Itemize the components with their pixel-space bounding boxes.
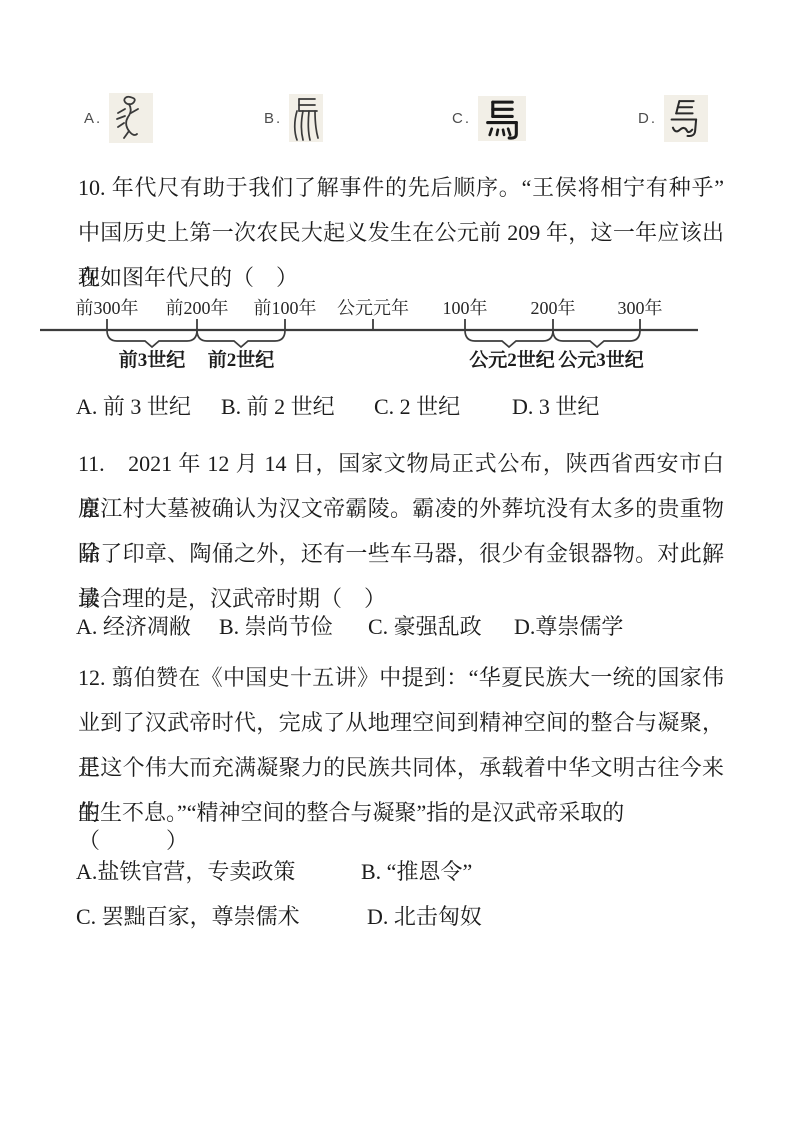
timeline-year-label: 100年 [443,294,488,320]
question-10-line-1: 10. 年代尺有助于我们了解事件的先后顺序。“王侯将相宁有种乎” [78,165,724,210]
option-letter: D. [638,110,657,127]
option-d: D.尊崇儒学 [514,611,623,643]
option-d: D. 北击匈奴 [367,901,482,933]
option-d: D. 3 世纪 [512,391,599,423]
timeline-century-label: 前2世纪 [208,345,275,372]
option-c: C. 豪强乱政 [368,611,482,643]
option-letter: C. [452,110,471,127]
question-11-stem: 11. 2021 年 12 月 14 日，国家文物局正式公布，陕西省西安市白鹿 … [78,441,724,621]
timeline-year-label: 前100年 [254,294,317,320]
question-11-line-1: 11. 2021 年 12 月 14 日，国家文物局正式公布，陕西省西安市白鹿 [78,441,724,486]
option-a: A.盐铁官营，专卖政策 [76,856,295,888]
running-script-ma-icon [664,95,708,142]
timeline-year-label: 前300年 [76,294,139,320]
timeline-year-label: 公元元年 [337,294,409,320]
question-12-line-3: 是这个伟大而充满凝聚力的民族共同体，承载着中华文明古往今来的 [78,745,724,790]
question-10-stem: 10. 年代尺有助于我们了解事件的先后顺序。“王侯将相宁有种乎” 中国历史上第一… [78,165,724,300]
timeline-century-label: 前3世纪 [119,345,186,372]
question-10-options: A. 前 3 世纪 B. 前 2 世纪 C. 2 世纪 D. 3 世纪 [76,391,726,423]
option-letter: B. [264,110,282,127]
question-12-options-row-1: A.盐铁官营，专卖政策 B. “推恩令” [76,856,726,888]
timeline-century-label: 公元3世纪 [558,345,644,372]
option-b: B. “推恩令” [361,856,472,888]
question-10-line-2: 中国历史上第一次农民大起义发生在公元前 209 年，这一年应该出现 [78,210,724,255]
question-12-options-row-2: C. 罢黜百家，尊崇儒术 D. 北击匈奴 [76,901,726,933]
option-letter: A. [84,110,102,127]
exam-paper-page: A. B. [0,0,800,1131]
oracle-bone-script-ma-icon [109,93,153,143]
option-c: C. 罢黜百家，尊崇儒术 [76,901,300,933]
timeline-year-label: 300年 [618,294,663,320]
script-option-d: D. [638,92,708,144]
option-c: C. 2 世纪 [374,391,460,423]
timeline-century-label: 公元2世纪 [469,345,555,372]
question-11-line-2: 原江村大墓被确认为汉文帝霸陵。霸凌的外葬坑没有太多的贵重物品， [78,486,724,531]
question-11-options: A. 经济凋敝 B. 崇尚节俭 C. 豪强乱政 D.尊崇儒学 [76,611,726,643]
option-b: B. 前 2 世纪 [221,391,335,423]
question-11-line-3: 除了印章、陶俑之外，还有一些车马器，很少有金银器物。对此解读 [78,531,724,576]
question-12-stem: 12. 翦伯赞在《中国史十五讲》中提到：“华夏民族大一统的国家伟 业到了汉武帝时… [78,655,724,835]
script-option-b: B. [264,92,323,144]
question-12-line-1: 12. 翦伯赞在《中国史十五讲》中提到：“华夏民族大一统的国家伟 [78,655,724,700]
timeline-figure: 前300年 前200年 前100年 公元元年 100年 200年 300年 前3… [40,292,708,380]
timeline-year-label: 前200年 [166,294,229,320]
option-b: B. 崇尚节俭 [219,611,333,643]
option-a: A. 前 3 世纪 [76,391,191,423]
clerical-script-ma-icon [478,96,526,141]
script-options-row: A. B. [0,92,800,144]
question-12-line-2: 业到了汉武帝时代，完成了从地理空间到精神空间的整合与凝聚，正 [78,700,724,745]
option-a: A. 经济凋敝 [76,611,191,643]
script-option-a: A. [84,92,153,144]
seal-script-ma-icon [289,94,323,142]
timeline-year-label: 200年 [531,294,576,320]
script-option-c: C. [452,92,526,144]
